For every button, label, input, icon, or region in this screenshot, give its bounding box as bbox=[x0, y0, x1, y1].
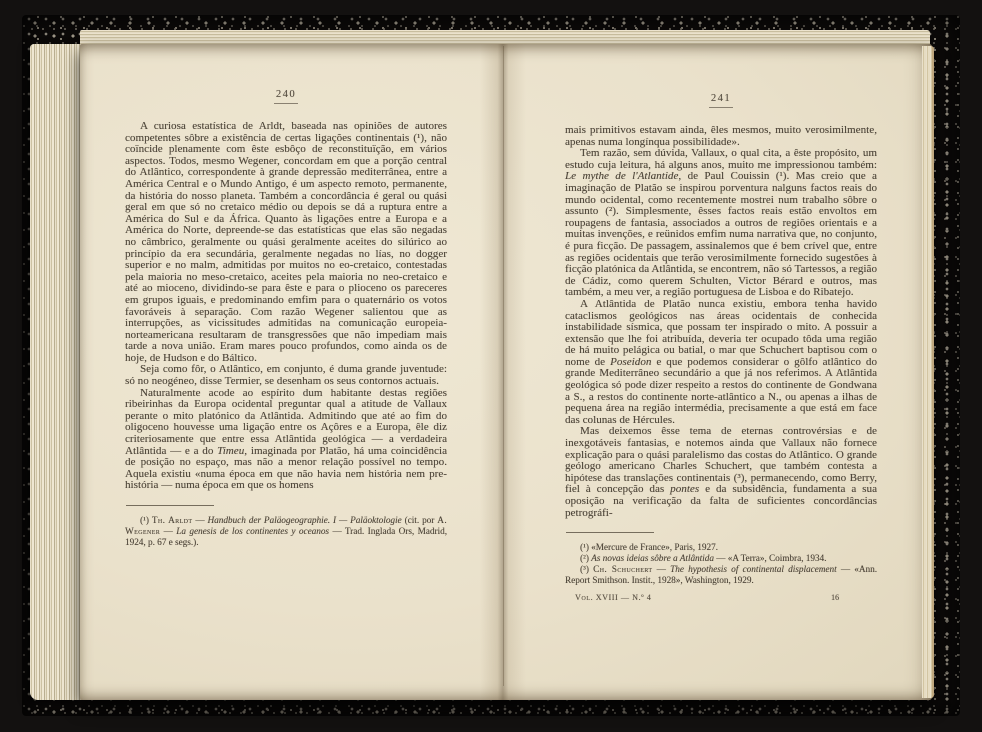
page-stack-edge-top bbox=[80, 30, 930, 44]
right-paragraph-2: Tem razão, sem dúvida, Vallaux, o qual c… bbox=[565, 148, 877, 299]
left-page-number: 240 bbox=[274, 89, 298, 104]
right-footnote-separator bbox=[566, 532, 654, 533]
book-photo: 240 A curiosa estatística de Arldt, base… bbox=[0, 0, 982, 732]
left-paragraph-1: A curiosa estatística de Arldt, baseada … bbox=[125, 121, 447, 364]
left-page: 240 A curiosa estatística de Arldt, base… bbox=[125, 84, 447, 548]
right-page-number: 241 bbox=[709, 93, 733, 108]
right-page-header: 241 bbox=[565, 88, 877, 108]
right-page: 241 mais primitivos estavam ainda, êles … bbox=[565, 88, 877, 602]
right-page-footer: Vol. XVIII — N.º 4 16 bbox=[565, 593, 877, 602]
gutter-crease-line bbox=[503, 46, 504, 686]
left-page-header: 240 bbox=[125, 84, 447, 104]
volume-issue-label: Vol. XVIII — N.º 4 bbox=[575, 593, 651, 602]
page-fore-edge-right bbox=[922, 46, 934, 698]
right-footnote-2: (²) As novas ideias sôbre a Atlântida — … bbox=[565, 553, 877, 564]
left-paragraph-2: Seja como fôr, o Atlântico, em conjunto,… bbox=[125, 364, 447, 387]
right-paragraph-3: A Atlântida de Platão nunca existiu, emb… bbox=[565, 299, 877, 427]
printer-signature-number: 16 bbox=[831, 593, 839, 602]
right-paragraph-4: Mas deixemos êsse tema de eternas contro… bbox=[565, 426, 877, 519]
right-footnote-3: (³) Ch. Schuchert — The hypothesis of co… bbox=[565, 564, 877, 586]
left-footnote-1: (¹) Th. Arldt — Handbuch der Paläogeogra… bbox=[125, 515, 447, 548]
right-footnote-1: (¹) «Mercure de France», Paris, 1927. bbox=[565, 542, 877, 553]
left-paragraph-3: Naturalmente acode ao espírito dum habit… bbox=[125, 388, 447, 492]
left-footnote-separator bbox=[126, 505, 214, 506]
page-stack-edge-left bbox=[30, 44, 82, 700]
right-paragraph-1: mais primitivos estavam ainda, êles mesm… bbox=[565, 125, 877, 148]
